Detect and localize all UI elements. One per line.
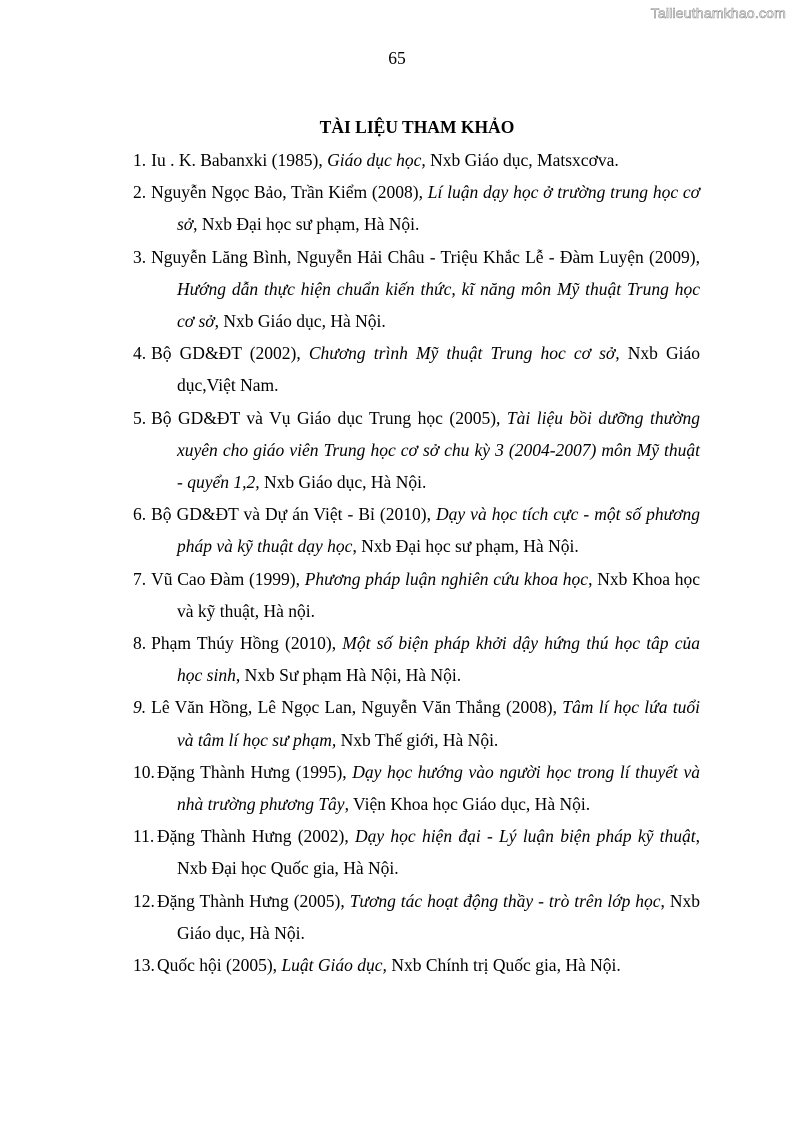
references-heading: TÀI LIỆU THAM KHẢO (0, 117, 794, 138)
reference-publisher: , Nxb Sư phạm Hà Nội, Hà Nội. (236, 665, 461, 685)
reference-title: Luật Giáo dục, (281, 955, 387, 975)
reference-item: 10.Đặng Thành Hưng (1995), Dạy học hướng… (133, 756, 700, 820)
reference-authors: Iu . K. Babanxki (1985), (151, 150, 327, 170)
reference-title: Giáo dục học, (327, 150, 426, 170)
reference-number: 6. (133, 498, 146, 530)
reference-item: 3.Nguyễn Lăng Bình, Nguyễn Hải Châu - Tr… (133, 241, 700, 338)
reference-publisher: , Nxb Đại học sư phạm, Hà Nội. (352, 536, 578, 556)
reference-authors: Bộ GD&ĐT và Dự án Việt - Bỉ (2010), (151, 504, 436, 524)
reference-number: 13. (133, 949, 157, 981)
reference-publisher: , Nxb Đại học sư phạm, Hà Nội. (193, 214, 419, 234)
reference-authors: Đặng Thành Hưng (1995), (157, 762, 352, 782)
reference-item: 5.Bộ GD&ĐT và Vụ Giáo dục Trung học (200… (133, 402, 700, 499)
reference-authors: Đặng Thành Hưng (2005), (157, 891, 350, 911)
reference-item: 4.Bộ GD&ĐT (2002), Chương trình Mỹ thuật… (133, 337, 700, 401)
reference-publisher: Nxb Thế giới, Hà Nội. (336, 730, 498, 750)
reference-item: 11.Đặng Thành Hưng (2002), Dạy học hiện … (133, 820, 700, 884)
reference-publisher: , Viện Khoa học Giáo dục, Hà Nội. (345, 794, 591, 814)
reference-number: 5. (133, 402, 146, 434)
reference-authors: Đặng Thành Hưng (2002), (157, 826, 355, 846)
reference-number: 7. (133, 563, 146, 595)
reference-authors: Lê Văn Hồng, Lê Ngọc Lan, Nguyễn Văn Thắ… (151, 697, 562, 717)
reference-item: 6.Bộ GD&ĐT và Dự án Việt - Bỉ (2010), Dạ… (133, 498, 700, 562)
reference-item: 7.Vũ Cao Đàm (1999), Phương pháp luận ng… (133, 563, 700, 627)
reference-publisher: Nxb Chính trị Quốc gia, Hà Nội. (387, 955, 621, 975)
reference-publisher: Nxb Giáo dục, Hà Nội. (260, 472, 427, 492)
reference-authors: Bộ GD&ĐT và Vụ Giáo dục Trung học (2005)… (151, 408, 507, 428)
reference-title: Tương tác hoạt động thầy - trò trên lớp … (350, 891, 661, 911)
reference-item: 1.Iu . K. Babanxki (1985), Giáo dục học,… (133, 144, 700, 176)
reference-authors: Vũ Cao Đàm (1999), (151, 569, 305, 589)
reference-title: Chương trình Mỹ thuật Trung hoc cơ sở, (309, 343, 620, 363)
reference-number: 8. (133, 627, 146, 659)
reference-authors: Phạm Thúy Hồng (2010), (151, 633, 342, 653)
reference-number: 12. (133, 885, 157, 917)
site-watermark: Tailieuthamkhao.com (651, 5, 786, 21)
reference-authors: Quốc hội (2005), (157, 955, 281, 975)
reference-number: 11. (133, 820, 157, 852)
reference-number: 9. (133, 691, 146, 723)
reference-item: 13.Quốc hội (2005), Luật Giáo dục, Nxb C… (133, 949, 700, 981)
reference-number: 3. (133, 241, 146, 273)
reference-item: 9.Lê Văn Hồng, Lê Ngọc Lan, Nguyễn Văn T… (133, 691, 700, 755)
reference-authors: Nguyễn Lăng Bình, Nguyễn Hải Châu - Triệ… (151, 247, 700, 267)
reference-item: 2.Nguyễn Ngọc Bảo, Trần Kiểm (2008), Lí … (133, 176, 700, 240)
reference-title: Phương pháp luận nghiên cứu khoa học (305, 569, 588, 589)
reference-authors: Bộ GD&ĐT (2002), (151, 343, 309, 363)
reference-number: 2. (133, 176, 146, 208)
reference-publisher: Nxb Giáo dục, Matsxcơva. (426, 150, 619, 170)
reference-title: Dạy học hiện đại - Lý luận biện pháp kỹ … (355, 826, 696, 846)
reference-item: 12.Đặng Thành Hưng (2005), Tương tác hoạ… (133, 885, 700, 949)
page-number: 65 (0, 48, 794, 69)
reference-authors: Nguyễn Ngọc Bảo, Trần Kiểm (2008), (151, 182, 428, 202)
reference-number: 1. (133, 144, 146, 176)
reference-item: 8.Phạm Thúy Hồng (2010), Một số biện phá… (133, 627, 700, 691)
reference-publisher: , Nxb Giáo dục, Hà Nội. (215, 311, 386, 331)
reference-number: 10. (133, 756, 157, 788)
reference-number: 4. (133, 337, 146, 369)
references-list: 1.Iu . K. Babanxki (1985), Giáo dục học,… (133, 144, 700, 981)
